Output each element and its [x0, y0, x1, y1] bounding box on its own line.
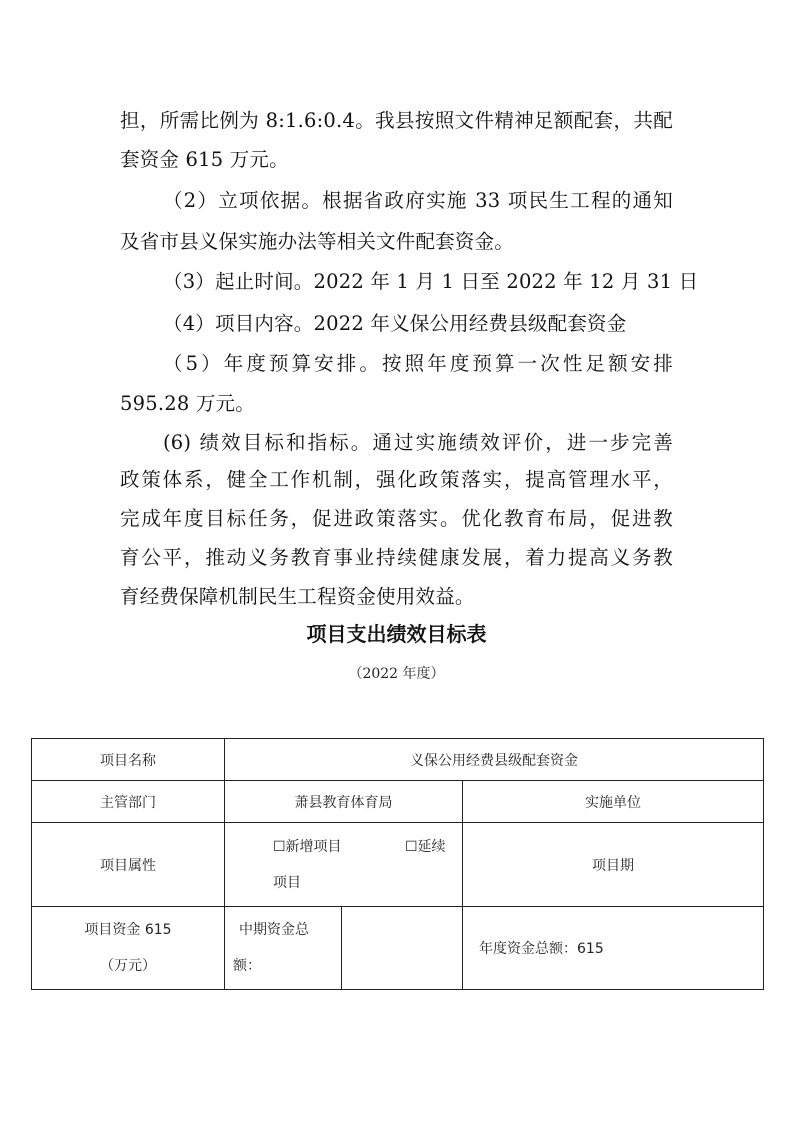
paragraph-line: 担，所需比例为 8:1.6:0.4。我县按照文件精神足额配套，共配: [120, 108, 673, 134]
paragraph-line: 595.28 万元。: [120, 391, 673, 417]
mid-term-funds-value: [342, 907, 463, 990]
continue-project-label: 项目: [225, 865, 462, 901]
table-row: 项目资金 615 （万元） 中期资金总 额： 年度资金总额：615: [32, 907, 764, 990]
table-title: 项目支出绩效目标表: [0, 620, 793, 648]
table-subtitle: （2022 年度）: [0, 664, 793, 684]
project-name-value: 义保公用经费县级配套资金: [225, 739, 764, 781]
mid-term-funds-label: 中期资金总 额：: [225, 907, 342, 990]
paragraph-line: 完成年度目标任务，促进政策落实。优化教育布局，促进教: [120, 506, 673, 532]
paragraph-line: (6) 绩效目标和指标。通过实施绩效评价，进一步完善: [163, 430, 673, 456]
paragraph-line: （2）立项依据。根据省政府实施 33 项民生工程的通知: [163, 188, 673, 214]
paragraph-line: （4）项目内容。2022 年义保公用经费县级配套资金: [163, 311, 673, 337]
annual-funds-total: 年度资金总额：615: [463, 907, 764, 990]
performance-target-table: 项目名称 义保公用经费县级配套资金 主管部门 萧县教育体育局 实施单位 项目属性…: [31, 738, 764, 990]
project-name-label: 项目名称: [32, 739, 225, 781]
project-attribute-options: ☐新增项目 ☐延续 项目: [225, 823, 463, 907]
paragraph-line: （3）起止时间。2022 年 1 月 1 日至 2022 年 12 月 31 日: [163, 269, 673, 295]
table-row: 项目名称 义保公用经费县级配套资金: [32, 739, 764, 781]
new-project-checkbox[interactable]: ☐新增项目: [273, 839, 342, 855]
implementing-unit-label: 实施单位: [463, 781, 764, 823]
department-label: 主管部门: [32, 781, 225, 823]
department-value: 萧县教育体育局: [225, 781, 463, 823]
paragraph-line: 套资金 615 万元。: [120, 147, 673, 173]
paragraph-line: 政策体系，健全工作机制，强化政策落实，提高管理水平，: [120, 467, 673, 493]
continue-project-checkbox[interactable]: ☐延续: [405, 829, 446, 865]
table-row: 项目属性 ☐新增项目 ☐延续 项目 项目期: [32, 823, 764, 907]
document-page: 担，所需比例为 8:1.6:0.4。我县按照文件精神足额配套，共配 套资金 61…: [0, 0, 793, 1122]
project-attribute-label: 项目属性: [32, 823, 225, 907]
paragraph-line: 育经费保障机制民生工程资金使用效益。: [120, 584, 673, 610]
paragraph-line: （5）年度预算安排。按照年度预算一次性足额安排: [163, 351, 673, 377]
project-funds-label: 项目资金 615 （万元）: [32, 907, 225, 990]
project-period-label: 项目期: [463, 823, 764, 907]
paragraph-line: 育公平，推动义务教育事业持续健康发展，着力提高义务教: [120, 545, 673, 571]
paragraph-line: 及省市县义保实施办法等相关文件配套资金。: [120, 229, 673, 255]
table-row: 主管部门 萧县教育体育局 实施单位: [32, 781, 764, 823]
